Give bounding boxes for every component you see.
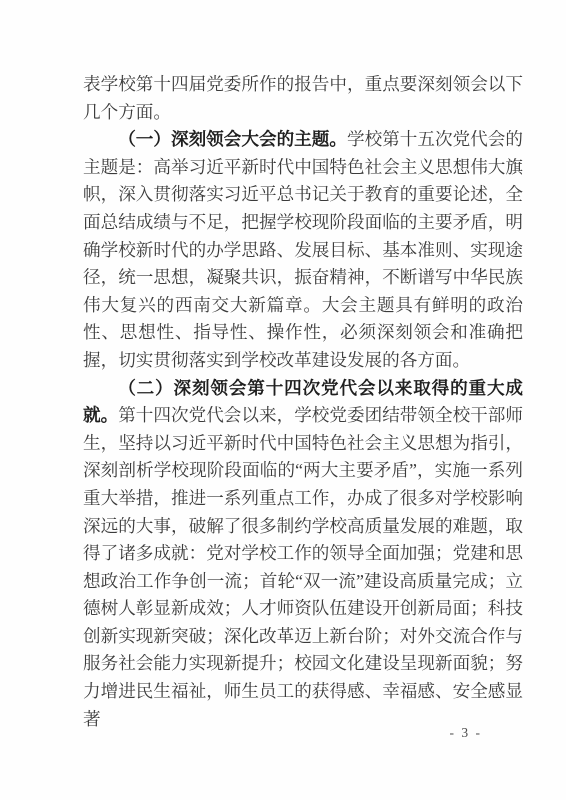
page-number: - 3 - [450, 725, 483, 741]
section-1-heading: （一）深刻领会大会的主题。 [118, 129, 347, 149]
paragraph-text: 表学校第十四届党委所作的报告中，重点要深刻领会以下几个方面。 [83, 74, 523, 122]
document-page: 表学校第十四届党委所作的报告中，重点要深刻领会以下几个方面。 （一）深刻领会大会… [0, 0, 566, 800]
paragraph-section-1: （一）深刻领会大会的主题。学校第十五次党代会的主题是：高举习近平新时代中国特色社… [83, 126, 523, 374]
paragraph-text: 学校第十五次党代会的主题是：高举习近平新时代中国特色社会主义思想伟大旗帜，深入贯… [83, 129, 523, 370]
paragraph-text: 第十四次党代会以来，学校党委团结带领全校干部师生，坚持以习近平新时代中国特色社会… [83, 405, 523, 729]
paragraph-section-2: （二）深刻领会第十四次党代会以来取得的重大成就。第十四次党代会以来，学校党委团结… [83, 375, 523, 734]
paragraph-continuation: 表学校第十四届党委所作的报告中，重点要深刻领会以下几个方面。 [83, 71, 523, 126]
document-body: 表学校第十四届党委所作的报告中，重点要深刻领会以下几个方面。 （一）深刻领会大会… [83, 71, 523, 733]
